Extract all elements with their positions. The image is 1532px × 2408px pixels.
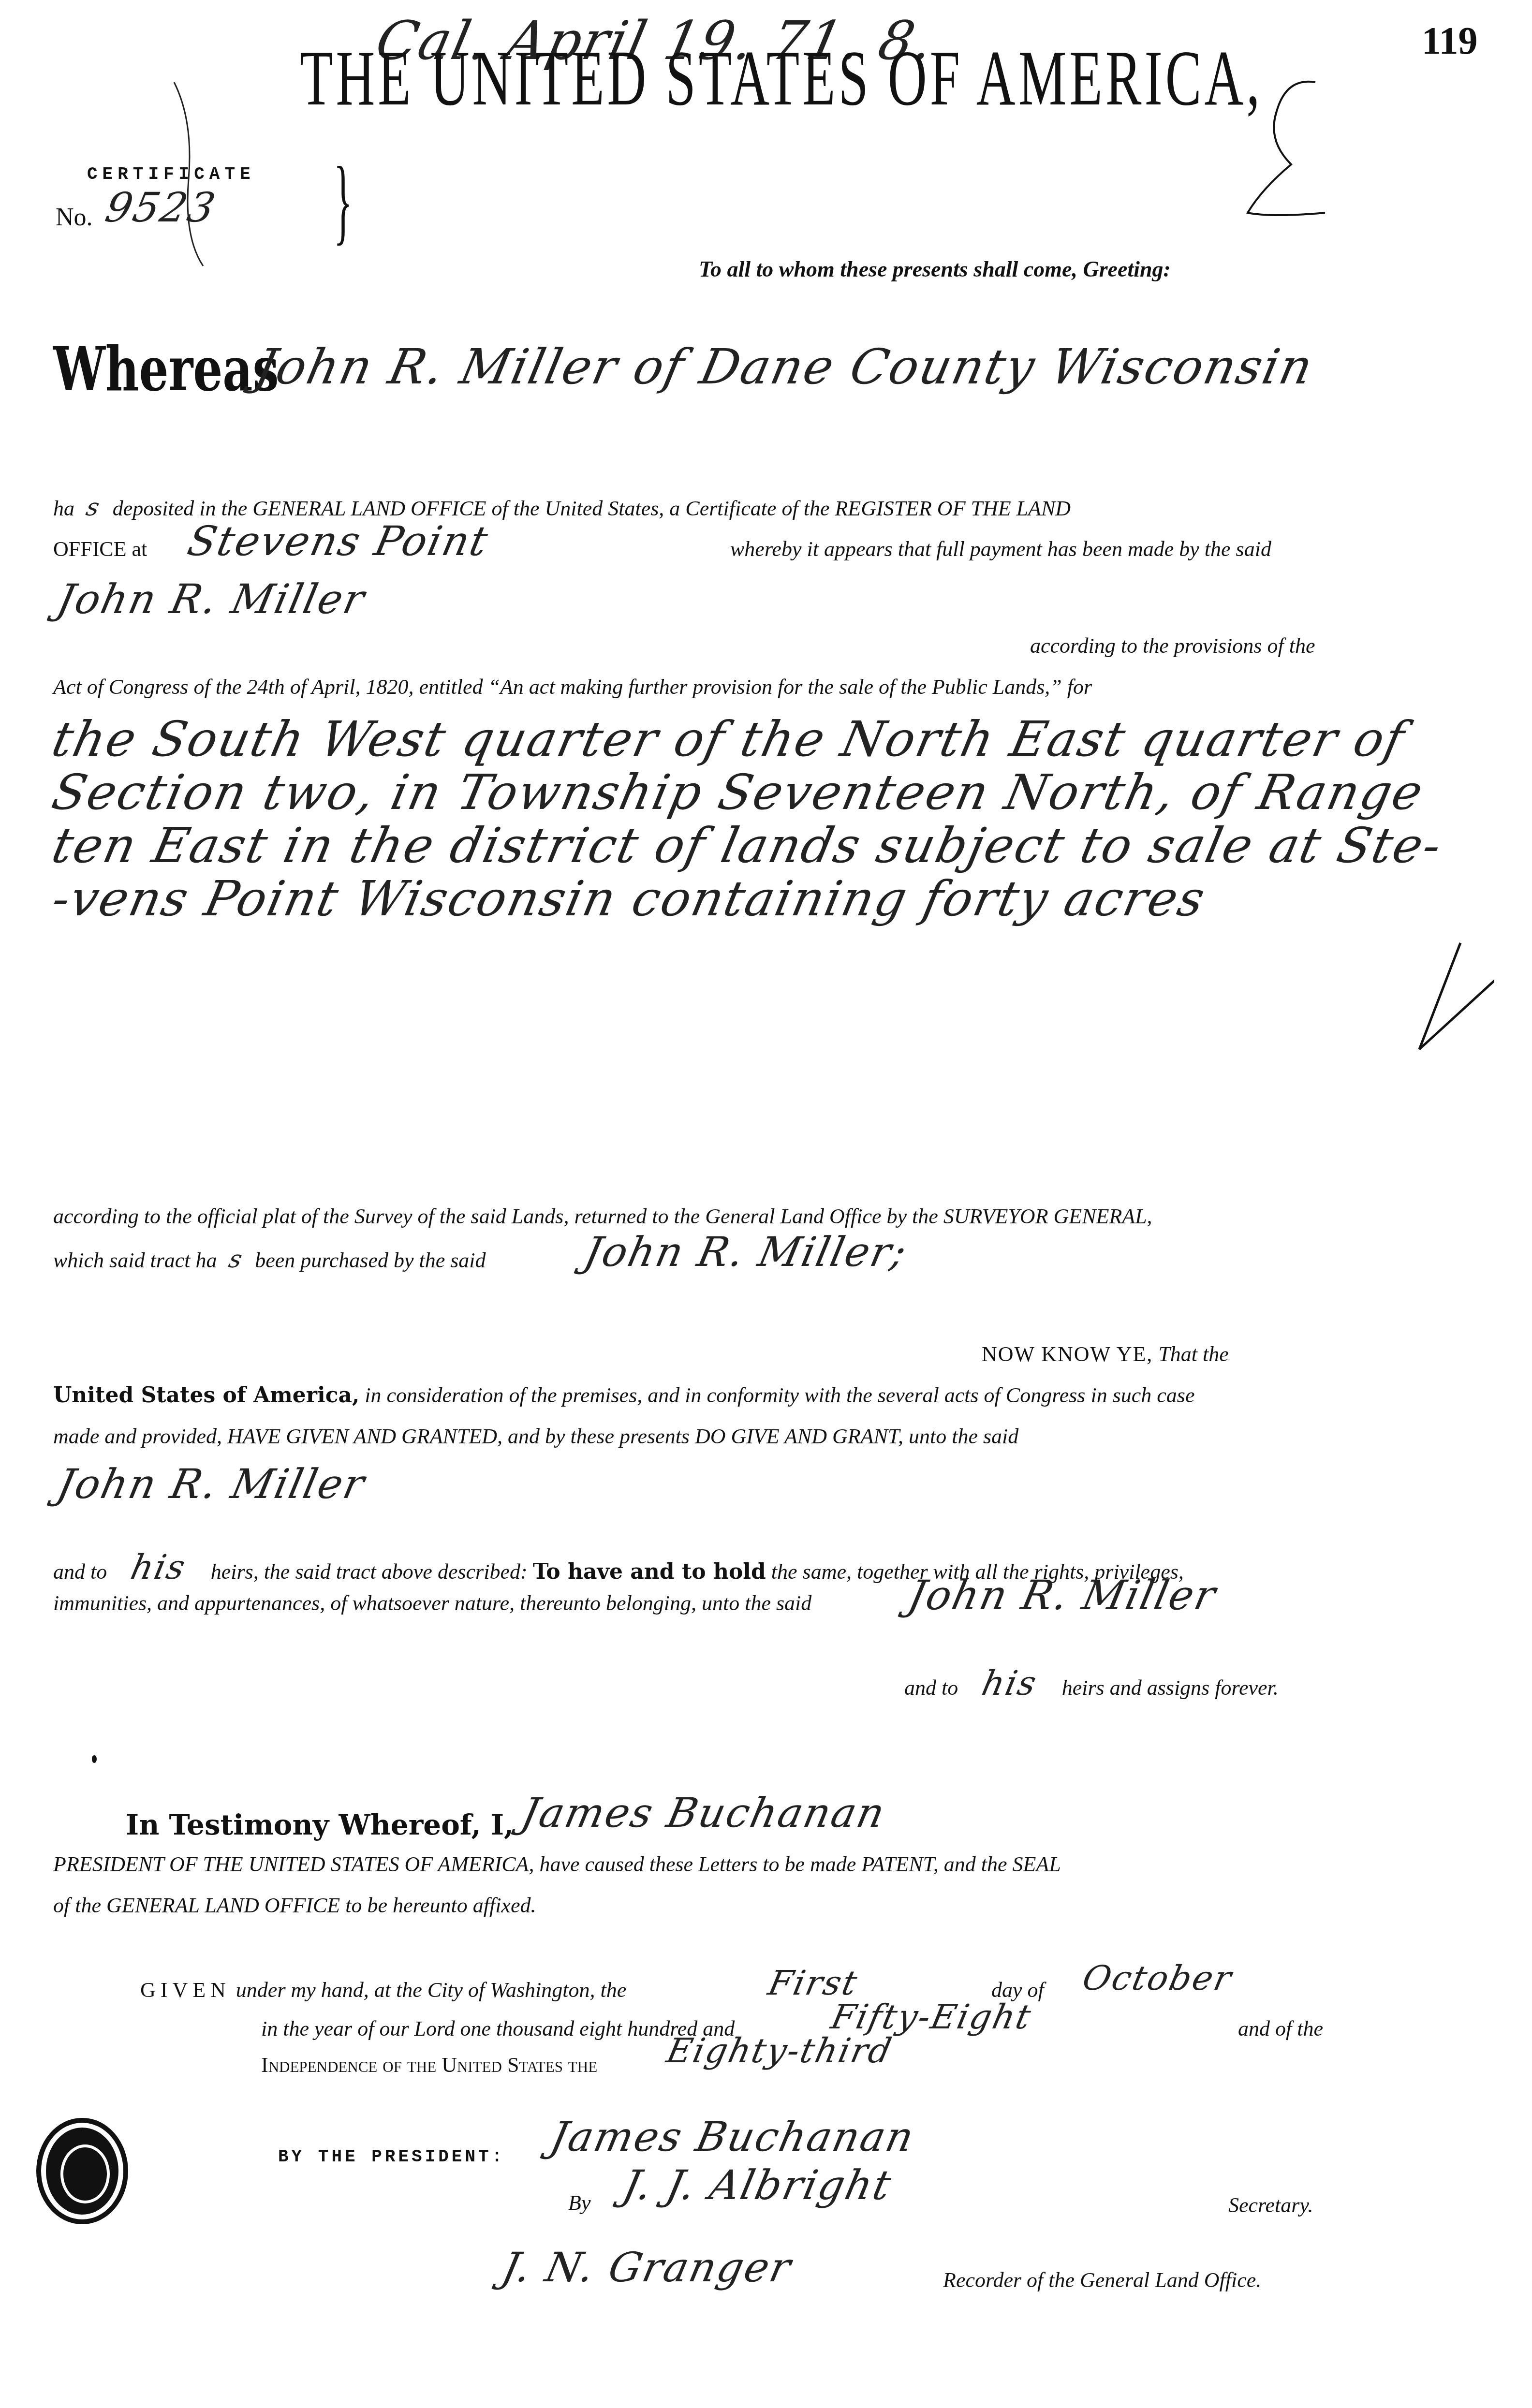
deposit-line-3: according to the provisions of the: [1030, 633, 1315, 658]
habendum-clause: To have and to hold: [533, 1559, 766, 1584]
deposit-text: deposited in the GENERAL LAND OFFICE of …: [113, 497, 1071, 520]
recorder-signature: J. N. Granger: [498, 2244, 796, 2291]
check-mark: [1378, 928, 1494, 1073]
bullet-mark: [92, 1755, 97, 1763]
heirs-pronoun: his: [128, 1547, 191, 1587]
given-line-1-text: under my hand, at the City of Washington…: [236, 1978, 626, 2002]
deposit-mark: s: [84, 493, 103, 521]
now-know-ye-caps: NOW KNOW YE,: [982, 1342, 1153, 1366]
united-states-blackletter: United States of America,: [53, 1383, 359, 1408]
land-description-line-1: the South West quarter of the North East…: [47, 711, 1411, 767]
deposit-line-2-suffix: whereby it appears that full payment has…: [730, 537, 1271, 561]
now-know-ye: NOW KNOW YE, That the: [982, 1342, 1229, 1366]
given-label: GIVEN: [140, 1978, 231, 2002]
certificate-number: 9523: [102, 184, 221, 231]
testimony-line-2: of the GENERAL LAND OFFICE to be hereunt…: [53, 1893, 536, 1918]
closing-pronoun: his: [979, 1663, 1042, 1703]
closing-prefix: and to: [904, 1676, 958, 1700]
independence-year: Eighty-third: [663, 2031, 896, 2070]
land-description-line-2: Section two, in Township Seventeen North…: [47, 764, 1429, 821]
immunities-line: immunities, and appurtenances, of whatso…: [53, 1591, 811, 1615]
land-office-name: Stevens Point: [184, 517, 493, 565]
given-line-1: GIVEN under my hand, at the City of Wash…: [140, 1978, 626, 2002]
land-description-line-3: ten East in the district of lands subjec…: [47, 817, 1448, 874]
testimony-lead: In Testimony Whereof, I,: [126, 1808, 514, 1841]
land-description-line-4: -vens Point Wisconsin containing forty a…: [47, 870, 1211, 927]
grant-line-2: made and provided, HAVE GIVEN AND GRANTE…: [53, 1424, 1018, 1449]
now-know-ye-suffix: That the: [1158, 1342, 1228, 1366]
secretary-title: Secretary.: [1228, 2193, 1313, 2217]
survey-line-1: according to the official plat of the Su…: [53, 1204, 1152, 1229]
general-land-office-seal: [46, 2128, 118, 2215]
closing-suffix: heirs and assigns forever.: [1062, 1676, 1279, 1700]
president-name: James Buchanan: [517, 1789, 890, 1836]
certificate-brace: }: [334, 145, 352, 256]
heirs-text: heirs, the said tract above described:: [211, 1560, 528, 1584]
deposit-line-2-prefix: OFFICE at: [53, 537, 147, 561]
secretary-signature: J. J. Albright: [619, 2161, 897, 2209]
given-line-2-suffix: and of the: [1238, 2016, 1323, 2041]
given-line-3: Independence of the United States the: [261, 2053, 597, 2077]
whereas-lead: Whereas: [53, 334, 279, 405]
by-the-president-label: BY THE PRESIDENT:: [278, 2147, 505, 2167]
grantee-name: John R. Miller: [53, 1460, 370, 1508]
recorder-title: Recorder of the General Land Office.: [943, 2268, 1261, 2292]
certificate-label: CERTIFICATE: [87, 164, 255, 184]
purchaser-name: John R. Miller;: [580, 1228, 912, 1276]
by-label: By: [568, 2190, 590, 2215]
greeting: To all to whom these presents shall come…: [699, 256, 1171, 282]
president-signature: James Buchanan: [546, 2113, 919, 2160]
grant-line-1: United States of America, in considerati…: [53, 1383, 1195, 1408]
closing-line: and to his heirs and assigns forever.: [904, 1663, 1279, 1703]
document-title: THE UNITED STATES OF AMERICA,: [300, 34, 1263, 124]
given-line-2: in the year of our Lord one thousand eig…: [261, 2016, 735, 2041]
deposit-prefix: ha: [53, 497, 74, 520]
survey-line-2-suffix: been purchased by the said: [255, 1248, 486, 1272]
testimony-line-1: PRESIDENT OF THE UNITED STATES OF AMERIC…: [53, 1852, 1061, 1877]
given-month: October: [1079, 1958, 1236, 1998]
grant-line-1-text: in consideration of the premises, and in…: [365, 1383, 1194, 1407]
survey-line-2: which said tract ha s been purchased by …: [53, 1245, 486, 1273]
grantee-name-2: John R. Miller: [904, 1571, 1221, 1619]
heirs-prefix: and to: [53, 1560, 107, 1584]
page-number: 119: [1422, 19, 1478, 63]
deposit-line-4: Act of Congress of the 24th of April, 18…: [53, 675, 1092, 699]
certificate-no-label: No.: [56, 203, 93, 232]
survey-mark: s: [226, 1245, 246, 1273]
survey-line-2-prefix: which said tract ha: [53, 1248, 217, 1272]
grantee-name-county: John R. Miller of Dane County Wisconsin: [250, 338, 1319, 395]
payer-name: John R. Miller: [53, 575, 370, 623]
